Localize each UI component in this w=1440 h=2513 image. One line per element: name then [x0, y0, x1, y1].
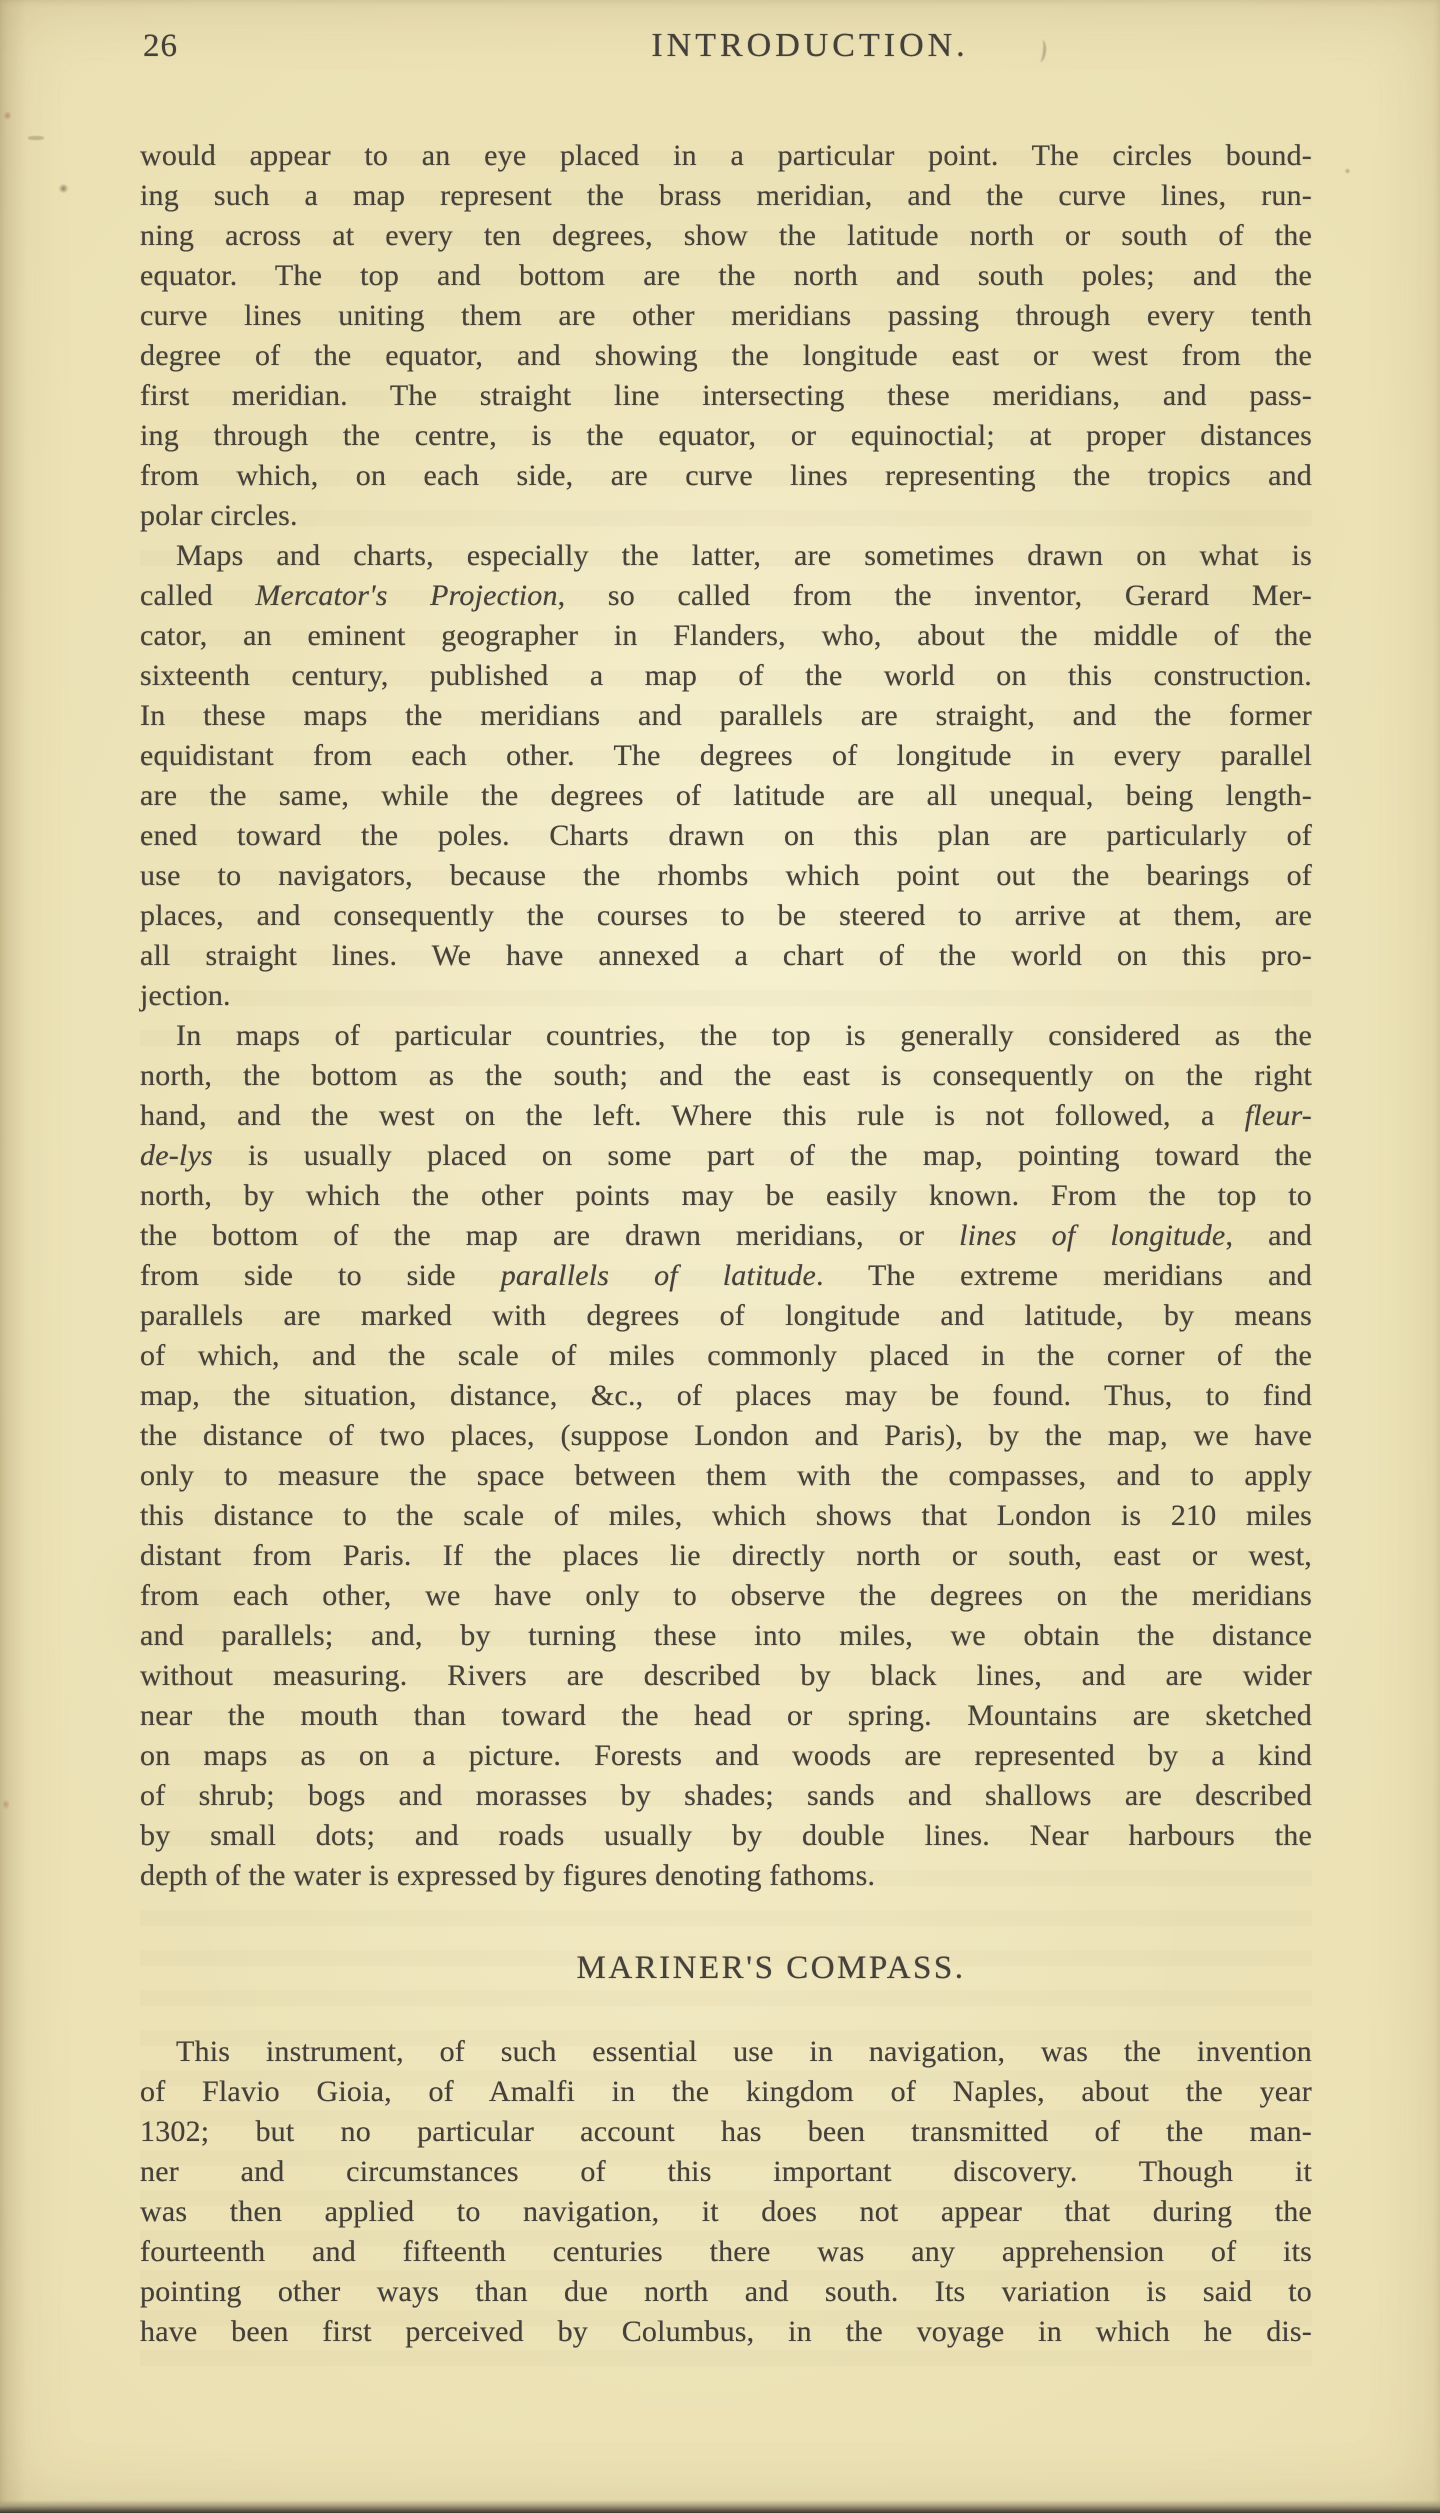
text-line: would appear to an eye placed in a parti… — [140, 136, 1312, 176]
text-line: cator, an eminent geographer in Flanders… — [140, 616, 1312, 656]
text-line: was then applied to navigation, it does … — [140, 2192, 1312, 2232]
text-line: Maps and charts, especially the latter, … — [140, 536, 1312, 576]
text-line: without measuring. Rivers are described … — [140, 1656, 1312, 1696]
section-heading: MARINER'S COMPASS. — [140, 1948, 1312, 1988]
text-line: all straight lines. We have annexed a ch… — [140, 936, 1312, 976]
text-line: ing such a map represent the brass merid… — [140, 176, 1312, 216]
page-body: would appear to an eye placed in a parti… — [140, 136, 1312, 2352]
text-line: have been first perceived by Columbus, i… — [140, 2312, 1312, 2352]
text-line: of shrub; bogs and morasses by shades; s… — [140, 1776, 1312, 1816]
text-line: 1302; but no particular account has been… — [140, 2112, 1312, 2152]
paper-speck — [1344, 168, 1351, 174]
page-left-edge-shade — [0, 0, 26, 2513]
ink-smudge — [1035, 40, 1047, 63]
text-line: ened toward the poles. Charts drawn on t… — [140, 816, 1312, 856]
text-line: depth of the water is expressed by figur… — [140, 1856, 1312, 1896]
text-line: ning across at every ten degrees, show t… — [140, 216, 1312, 256]
text-line: de-lys is usually placed on some part of… — [140, 1136, 1312, 1176]
paper-speck — [58, 184, 69, 193]
text-line: by small dots; and roads usually by doub… — [140, 1816, 1312, 1856]
text-line: only to measure the space between them w… — [140, 1456, 1312, 1496]
paper-speck — [28, 136, 44, 140]
text-line: are the same, while the degrees of latit… — [140, 776, 1312, 816]
page-bottom-edge — [0, 2500, 1440, 2513]
text-line: first meridian. The straight line inters… — [140, 376, 1312, 416]
text-line: the bottom of the map are drawn meridian… — [140, 1216, 1312, 1256]
paragraph: In maps of particular countries, the top… — [140, 1016, 1312, 1896]
text-line: and parallels; and, by turning these int… — [140, 1616, 1312, 1656]
text-line: fourteenth and fifteenth centuries there… — [140, 2232, 1312, 2272]
text-line: distant from Paris. If the places lie di… — [140, 1536, 1312, 1576]
text-line: In maps of particular countries, the top… — [140, 1016, 1312, 1056]
page-number: 26 — [143, 26, 178, 66]
paragraph: would appear to an eye placed in a parti… — [140, 136, 1312, 536]
text-line: parallels are marked with degrees of lon… — [140, 1296, 1312, 1336]
text-line: from side to side parallels of latitude.… — [140, 1256, 1312, 1296]
text-line: the distance of two places, (suppose Lon… — [140, 1416, 1312, 1456]
text-line: from each other, we have only to observe… — [140, 1576, 1312, 1616]
text-line: near the mouth than toward the head or s… — [140, 1696, 1312, 1736]
text-line: equidistant from each other. The degrees… — [140, 736, 1312, 776]
text-line: equator. The top and bottom are the nort… — [140, 256, 1312, 296]
text-line: polar circles. — [140, 496, 1312, 536]
text-line: sixteenth century, published a map of th… — [140, 656, 1312, 696]
text-line: north, by which the other points may be … — [140, 1176, 1312, 1216]
text-line: jection. — [140, 976, 1312, 1016]
text-line: places, and consequently the courses to … — [140, 896, 1312, 936]
text-line: In these maps the meridians and parallel… — [140, 696, 1312, 736]
text-line: pointing other ways than due north and s… — [140, 2272, 1312, 2312]
text-line: This instrument, of such essential use i… — [140, 2032, 1312, 2072]
text-line: map, the situation, distance, &c., of pl… — [140, 1376, 1312, 1416]
text-line: hand, and the west on the left. Where th… — [140, 1096, 1312, 1136]
book-page: 26 INTRODUCTION. would appear to an eye … — [0, 0, 1440, 2513]
text-line: on maps as on a picture. Forests and woo… — [140, 1736, 1312, 1776]
text-line: ner and circumstances of this important … — [140, 2152, 1312, 2192]
running-title: INTRODUCTION. — [651, 26, 968, 66]
text-line: ing through the centre, is the equator, … — [140, 416, 1312, 456]
text-line: use to navigators, because the rhombs wh… — [140, 856, 1312, 896]
text-line: of which, and the scale of miles commonl… — [140, 1336, 1312, 1376]
paragraph: Maps and charts, especially the latter, … — [140, 536, 1312, 1016]
text-line: degree of the equator, and showing the l… — [140, 336, 1312, 376]
text-line: north, the bottom as the south; and the … — [140, 1056, 1312, 1096]
text-line: of Flavio Gioia, of Amalfi in the kingdo… — [140, 2072, 1312, 2112]
text-line: curve lines uniting them are other merid… — [140, 296, 1312, 336]
text-line: called Mercator's Projection, so called … — [140, 576, 1312, 616]
text-line: this distance to the scale of miles, whi… — [140, 1496, 1312, 1536]
text-line: from which, on each side, are curve line… — [140, 456, 1312, 496]
paragraph: This instrument, of such essential use i… — [140, 2032, 1312, 2352]
